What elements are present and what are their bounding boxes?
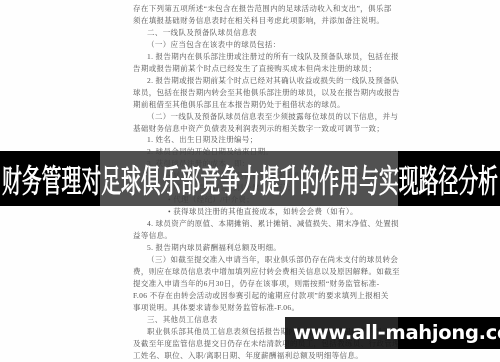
- document-line: 费，则应在球员信息表中增加填列应付转会费相关信息以及原因解释。如截至: [133, 267, 400, 277]
- document-line: 三、其他员工信息表: [147, 315, 218, 325]
- document-line: 告期或报告期前某个时点已经发生了直接购买成本但尚未注册的球员；: [133, 64, 376, 74]
- document-line: （三）如截至提交准入申请当年，职业俱乐部仍存在尚未支付的球员转会: [147, 255, 398, 265]
- document-line: 5. 报告期内球员薪酬福利总额及明细。: [147, 243, 281, 253]
- document-line: （一）应当包含在该表中的球员包括：: [147, 40, 280, 50]
- document-line: 提交准入申请当年的6月30日，仍存在该事项，则需按照“财务监管标准-: [133, 279, 379, 289]
- document-line: F.06 不存在由转会活动或因参赛引起的逾期应付款项”的要求填列上报相关: [133, 291, 389, 301]
- document-line: 二、一线队及预备队球员信息表: [147, 28, 257, 38]
- article-thumbnail: 存在下列第五项所述“未包含在报告范围内的足球活动收入和支出”，俱乐部须在填报基础…: [0, 0, 500, 362]
- document-line: 基础财务信息中资产负债表及利润表列示的相关数字一致或可调节一致；: [133, 124, 384, 134]
- document-line: 球员，包括在报告期内转会至其他俱乐部注册的球员，以及在报告期内或报告: [133, 88, 400, 98]
- document-line: 益等信息。: [133, 231, 172, 241]
- document-line: 期前租借至其他俱乐部且在本报告期仍处于租借状态的球员。: [133, 100, 345, 110]
- document-line: 1. 报告期内在俱乐部注册或注册过的所有一线队及预备队球员，包括在报: [147, 52, 399, 62]
- document-line: 工姓名、职位、入职/离职日期、年度薪酬福利总额及明细等信息。: [133, 351, 363, 361]
- watermark-url: www.all-mahjong.com: [293, 317, 500, 349]
- document-line: 1. 姓名、出生日期及注册编号；: [147, 135, 258, 145]
- document-line: 4. 球员资产的原值、本期摊销、累计摊销、减值损失、期末净值、处置损: [147, 219, 399, 229]
- document-line: （二）一线队及预备队球员信息表至少须披露每位球员的以下信息，并与: [147, 112, 398, 122]
- document-line: 事项说明。具体要求请参见财务监管标准-F.06。: [133, 303, 299, 313]
- document-line: 2. 报告期或报告期前某个时点已经对其确认收益或损失的一线队及预备队: [147, 76, 399, 86]
- article-title: 财务管理对足球俱乐部竞争力提升的作用与实现路径分析: [2, 164, 498, 198]
- document-line: • 获得球员注册的其他直接成本，如转会会费（如有）。: [168, 207, 358, 217]
- document-line: 存在下列第五项所述“未包含在报告范围内的足球活动收入和支出”，俱乐部: [133, 4, 392, 14]
- document-line: 须在填报基础财务信息表时在相关科目考虑此项影响，并添加备注说明。: [133, 16, 384, 26]
